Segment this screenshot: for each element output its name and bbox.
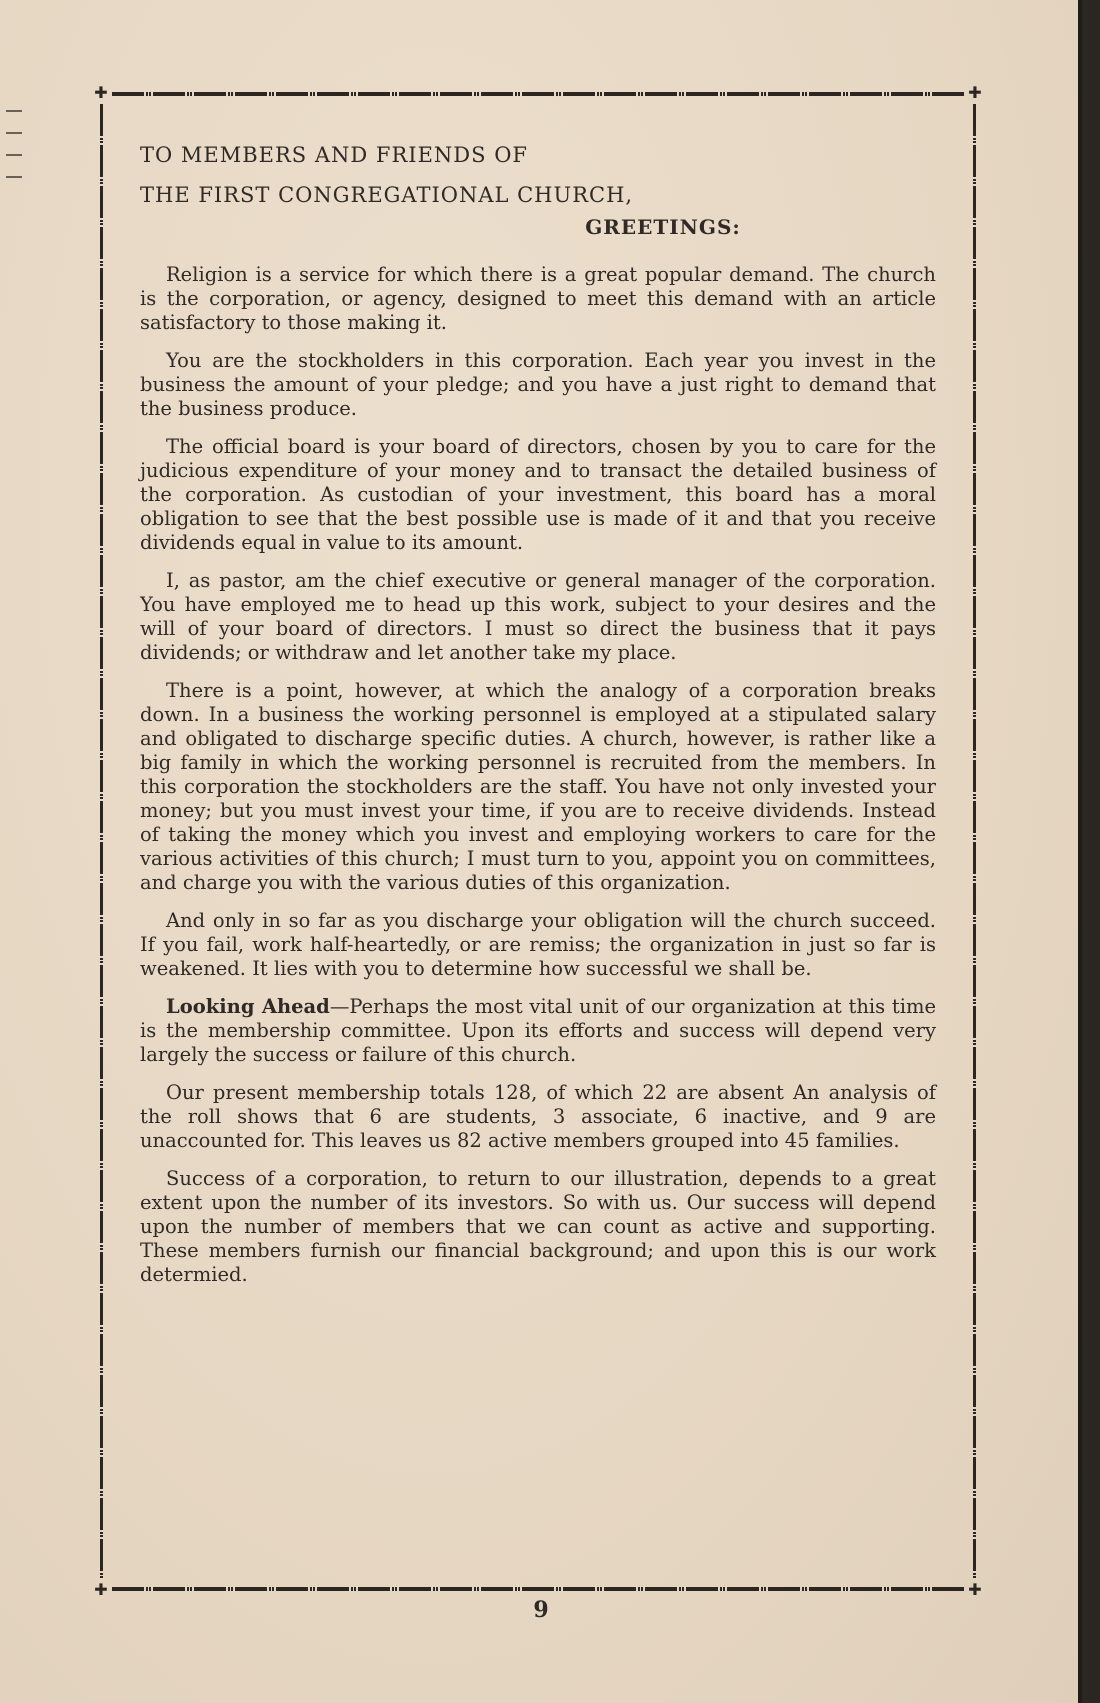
corner-cross-icon: ✚ xyxy=(94,86,108,100)
paragraph-looking-ahead: Looking Ahead—Perhaps the most vital uni… xyxy=(140,995,936,1067)
paragraph: Success of a corporation, to return to o… xyxy=(140,1167,936,1287)
paragraph: The official board is your board of dire… xyxy=(140,435,936,555)
heading-line-1: TO MEMBERS AND FRIENDS OF xyxy=(140,135,936,175)
page-edge-marks xyxy=(0,110,30,210)
ornamental-border-frame: ✚ ✚ ✚ ✚ TO MEMBERS AND FRIENDS OF THE FI… xyxy=(98,90,978,1593)
border-left xyxy=(100,104,103,1579)
heading-line-2: THE FIRST CONGREGATIONAL CHURCH, xyxy=(140,175,936,215)
paragraph-lead: Looking Ahead xyxy=(166,995,330,1018)
paragraph: Religion is a service for which there is… xyxy=(140,263,936,335)
border-bottom xyxy=(112,1587,964,1591)
paragraph: And only in so far as you discharge your… xyxy=(140,909,936,981)
paragraph: There is a point, however, at which the … xyxy=(140,679,936,895)
page-number: 9 xyxy=(0,1597,1082,1623)
paragraph: You are the stockholders in this corpora… xyxy=(140,349,936,421)
booklet-page: ✚ ✚ ✚ ✚ TO MEMBERS AND FRIENDS OF THE FI… xyxy=(0,0,1082,1703)
corner-cross-icon: ✚ xyxy=(968,1583,982,1597)
paragraph-membership-stats: Our present membership totals 128, of wh… xyxy=(140,1081,936,1153)
greeting: GREETINGS: xyxy=(140,215,936,239)
border-top xyxy=(112,92,964,96)
border-right xyxy=(973,104,976,1579)
letter-body: TO MEMBERS AND FRIENDS OF THE FIRST CONG… xyxy=(140,135,936,1301)
corner-cross-icon: ✚ xyxy=(968,86,982,100)
corner-cross-icon: ✚ xyxy=(94,1583,108,1597)
paragraph: I, as pastor, am the chief executive or … xyxy=(140,569,936,665)
